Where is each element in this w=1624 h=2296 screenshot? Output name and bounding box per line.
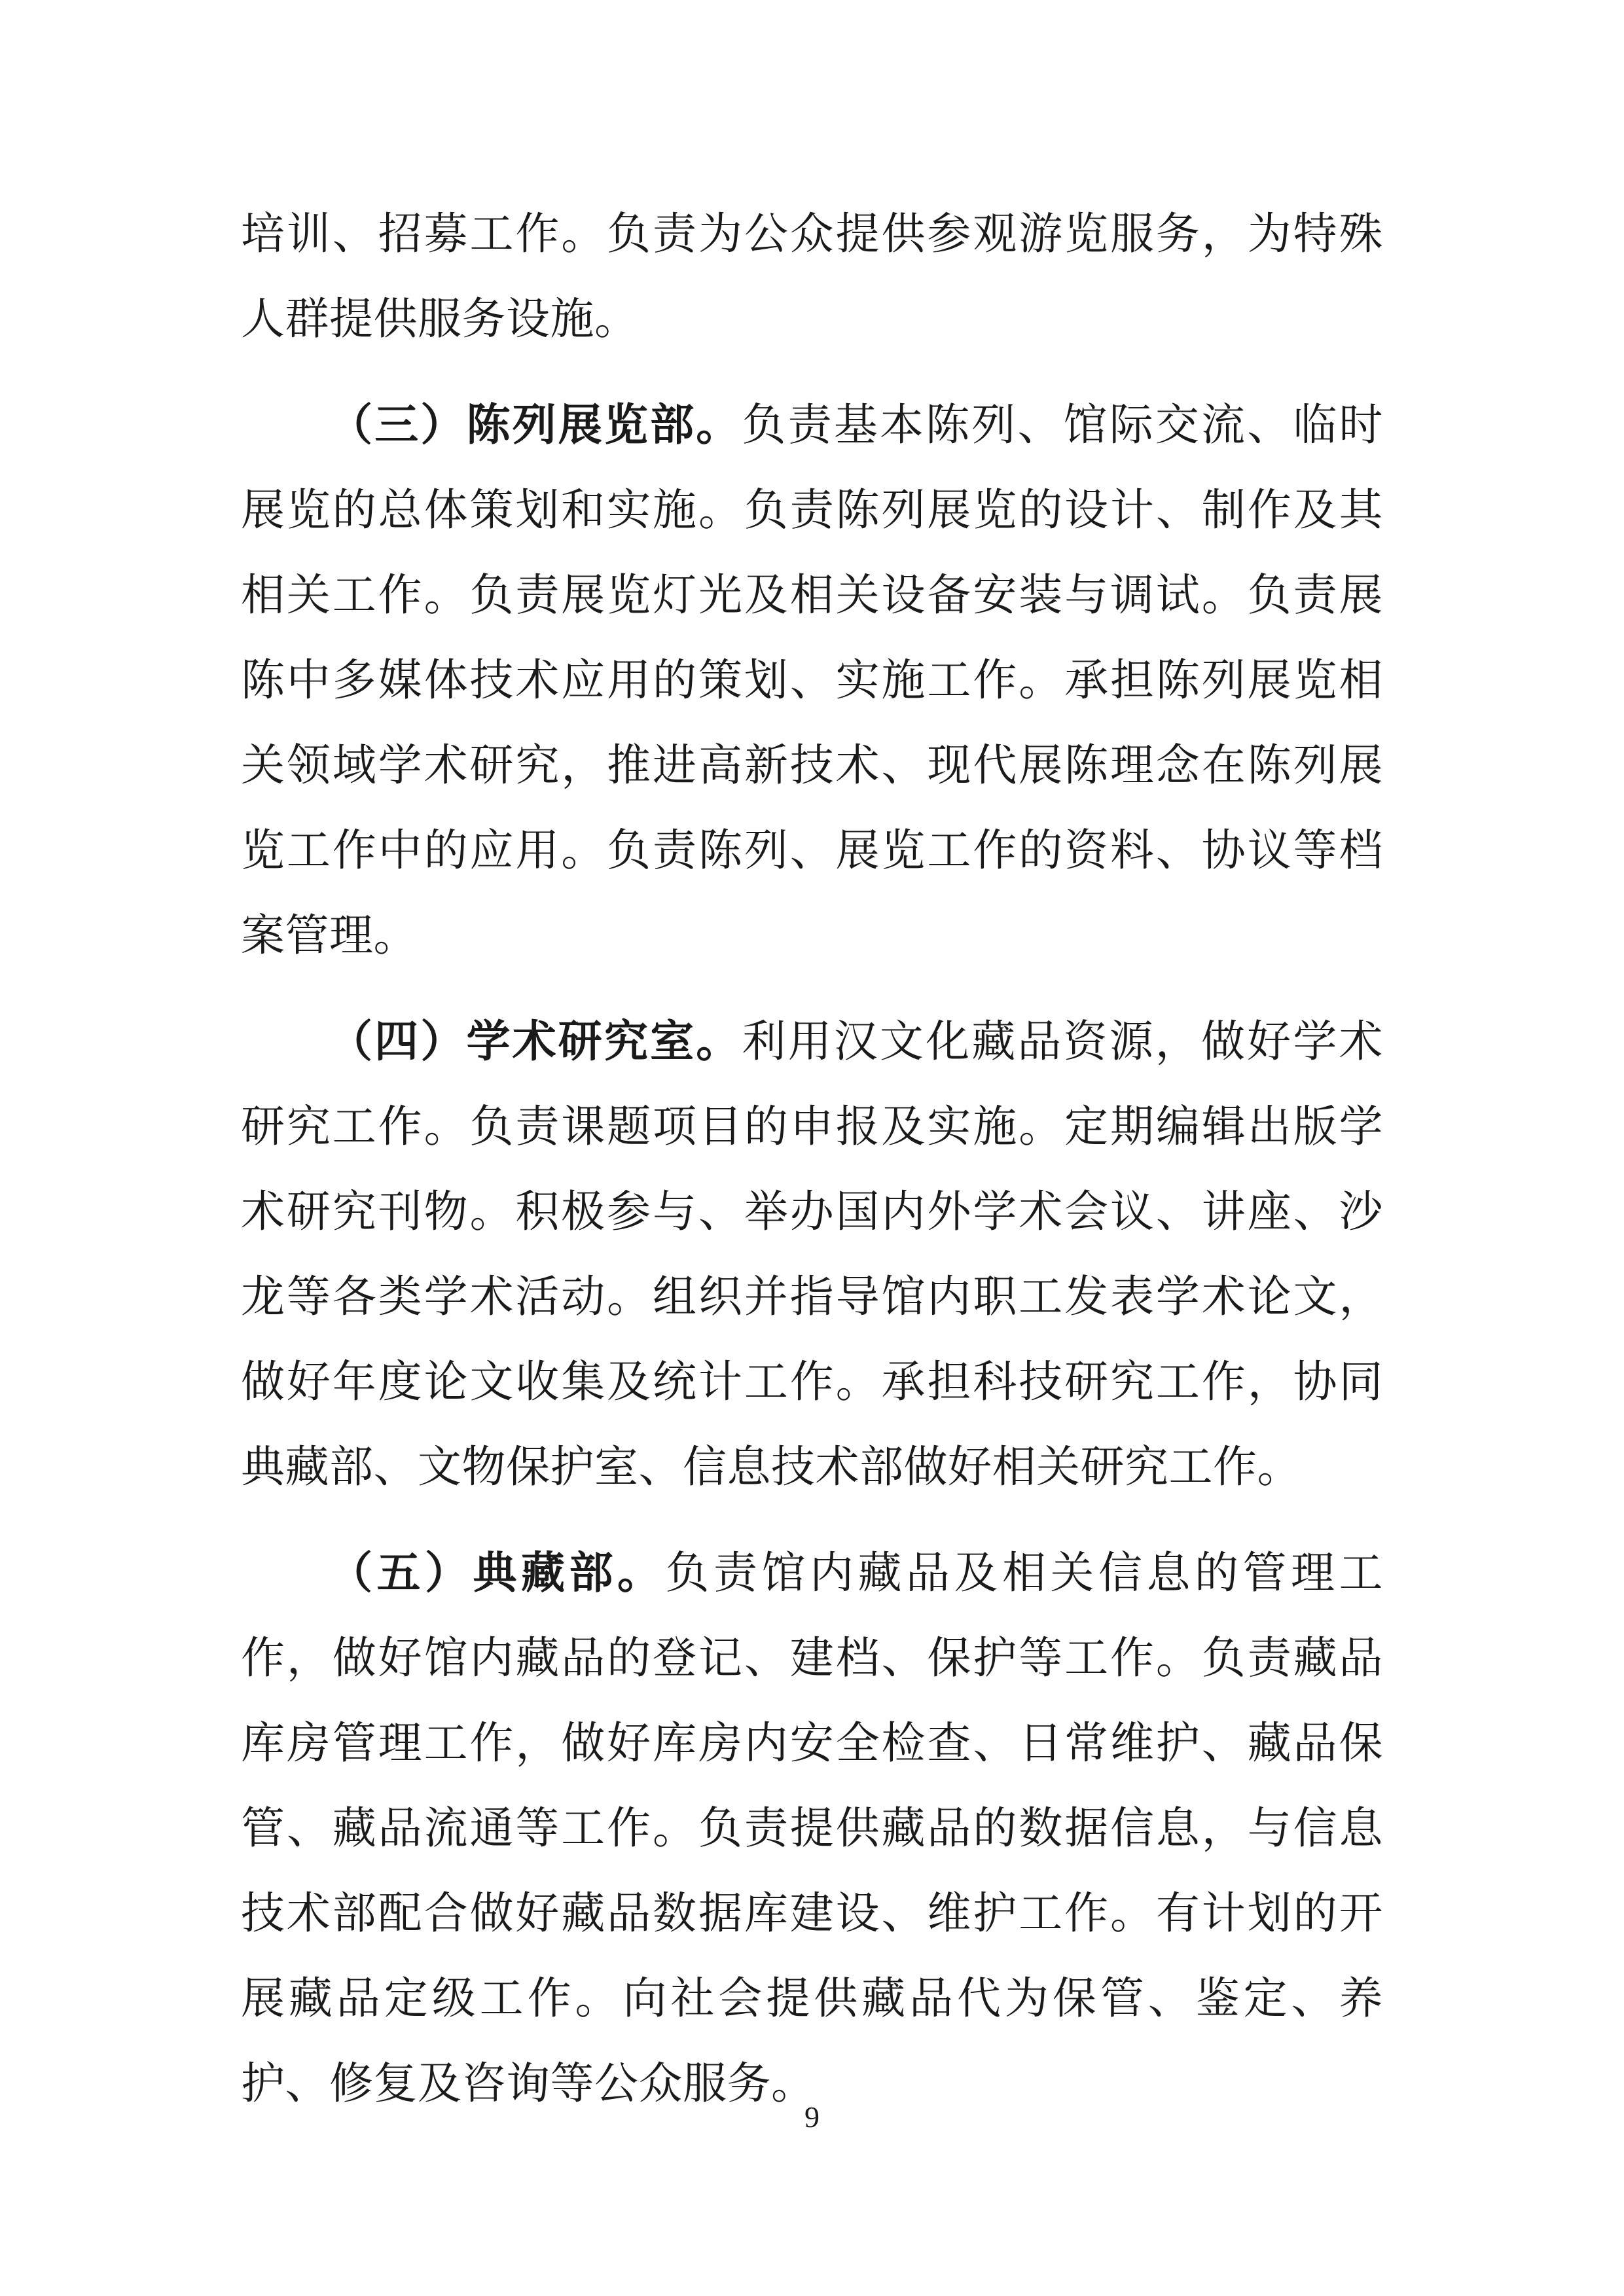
body-text: 负责馆内藏品及相关信息的管理工作，做好馆内藏品的登记、建档、保护等工作。负责藏品… (241, 1549, 1383, 2108)
section-heading: （四）学术研究室。 (329, 1018, 742, 1066)
paragraph: （四）学术研究室。利用汉文化藏品资源，做好学术研究工作。负责课题项目的申报及实施… (241, 999, 1383, 1510)
page-number: 9 (0, 2098, 1624, 2137)
section-heading: （五）典藏部。 (329, 1549, 666, 1598)
document-page: 培训、招募工作。负责为公众提供参观游览服务，为特殊人群提供服务设施。（三）陈列展… (0, 0, 1624, 2296)
document-body: 培训、招募工作。负责为公众提供参观游览服务，为特殊人群提供服务设施。（三）陈列展… (241, 192, 1383, 2147)
section-heading: （三）陈列展览部。 (329, 401, 742, 450)
paragraph: （三）陈列展览部。负责基本陈列、馆际交流、临时展览的总体策划和实施。负责陈列展览… (241, 383, 1383, 978)
body-text: 负责基本陈列、馆际交流、临时展览的总体策划和实施。负责陈列展览的设计、制作及其相… (241, 401, 1383, 960)
paragraph: 培训、招募工作。负责为公众提供参观游览服务，为特殊人群提供服务设施。 (241, 192, 1383, 362)
body-text: 培训、招募工作。负责为公众提供参观游览服务，为特殊人群提供服务设施。 (241, 210, 1383, 344)
body-text: 利用汉文化藏品资源，做好学术研究工作。负责课题项目的申报及实施。定期编辑出版学术… (241, 1018, 1383, 1492)
paragraph: （五）典藏部。负责馆内藏品及相关信息的管理工作，做好馆内藏品的登记、建档、保护等… (241, 1531, 1383, 2126)
